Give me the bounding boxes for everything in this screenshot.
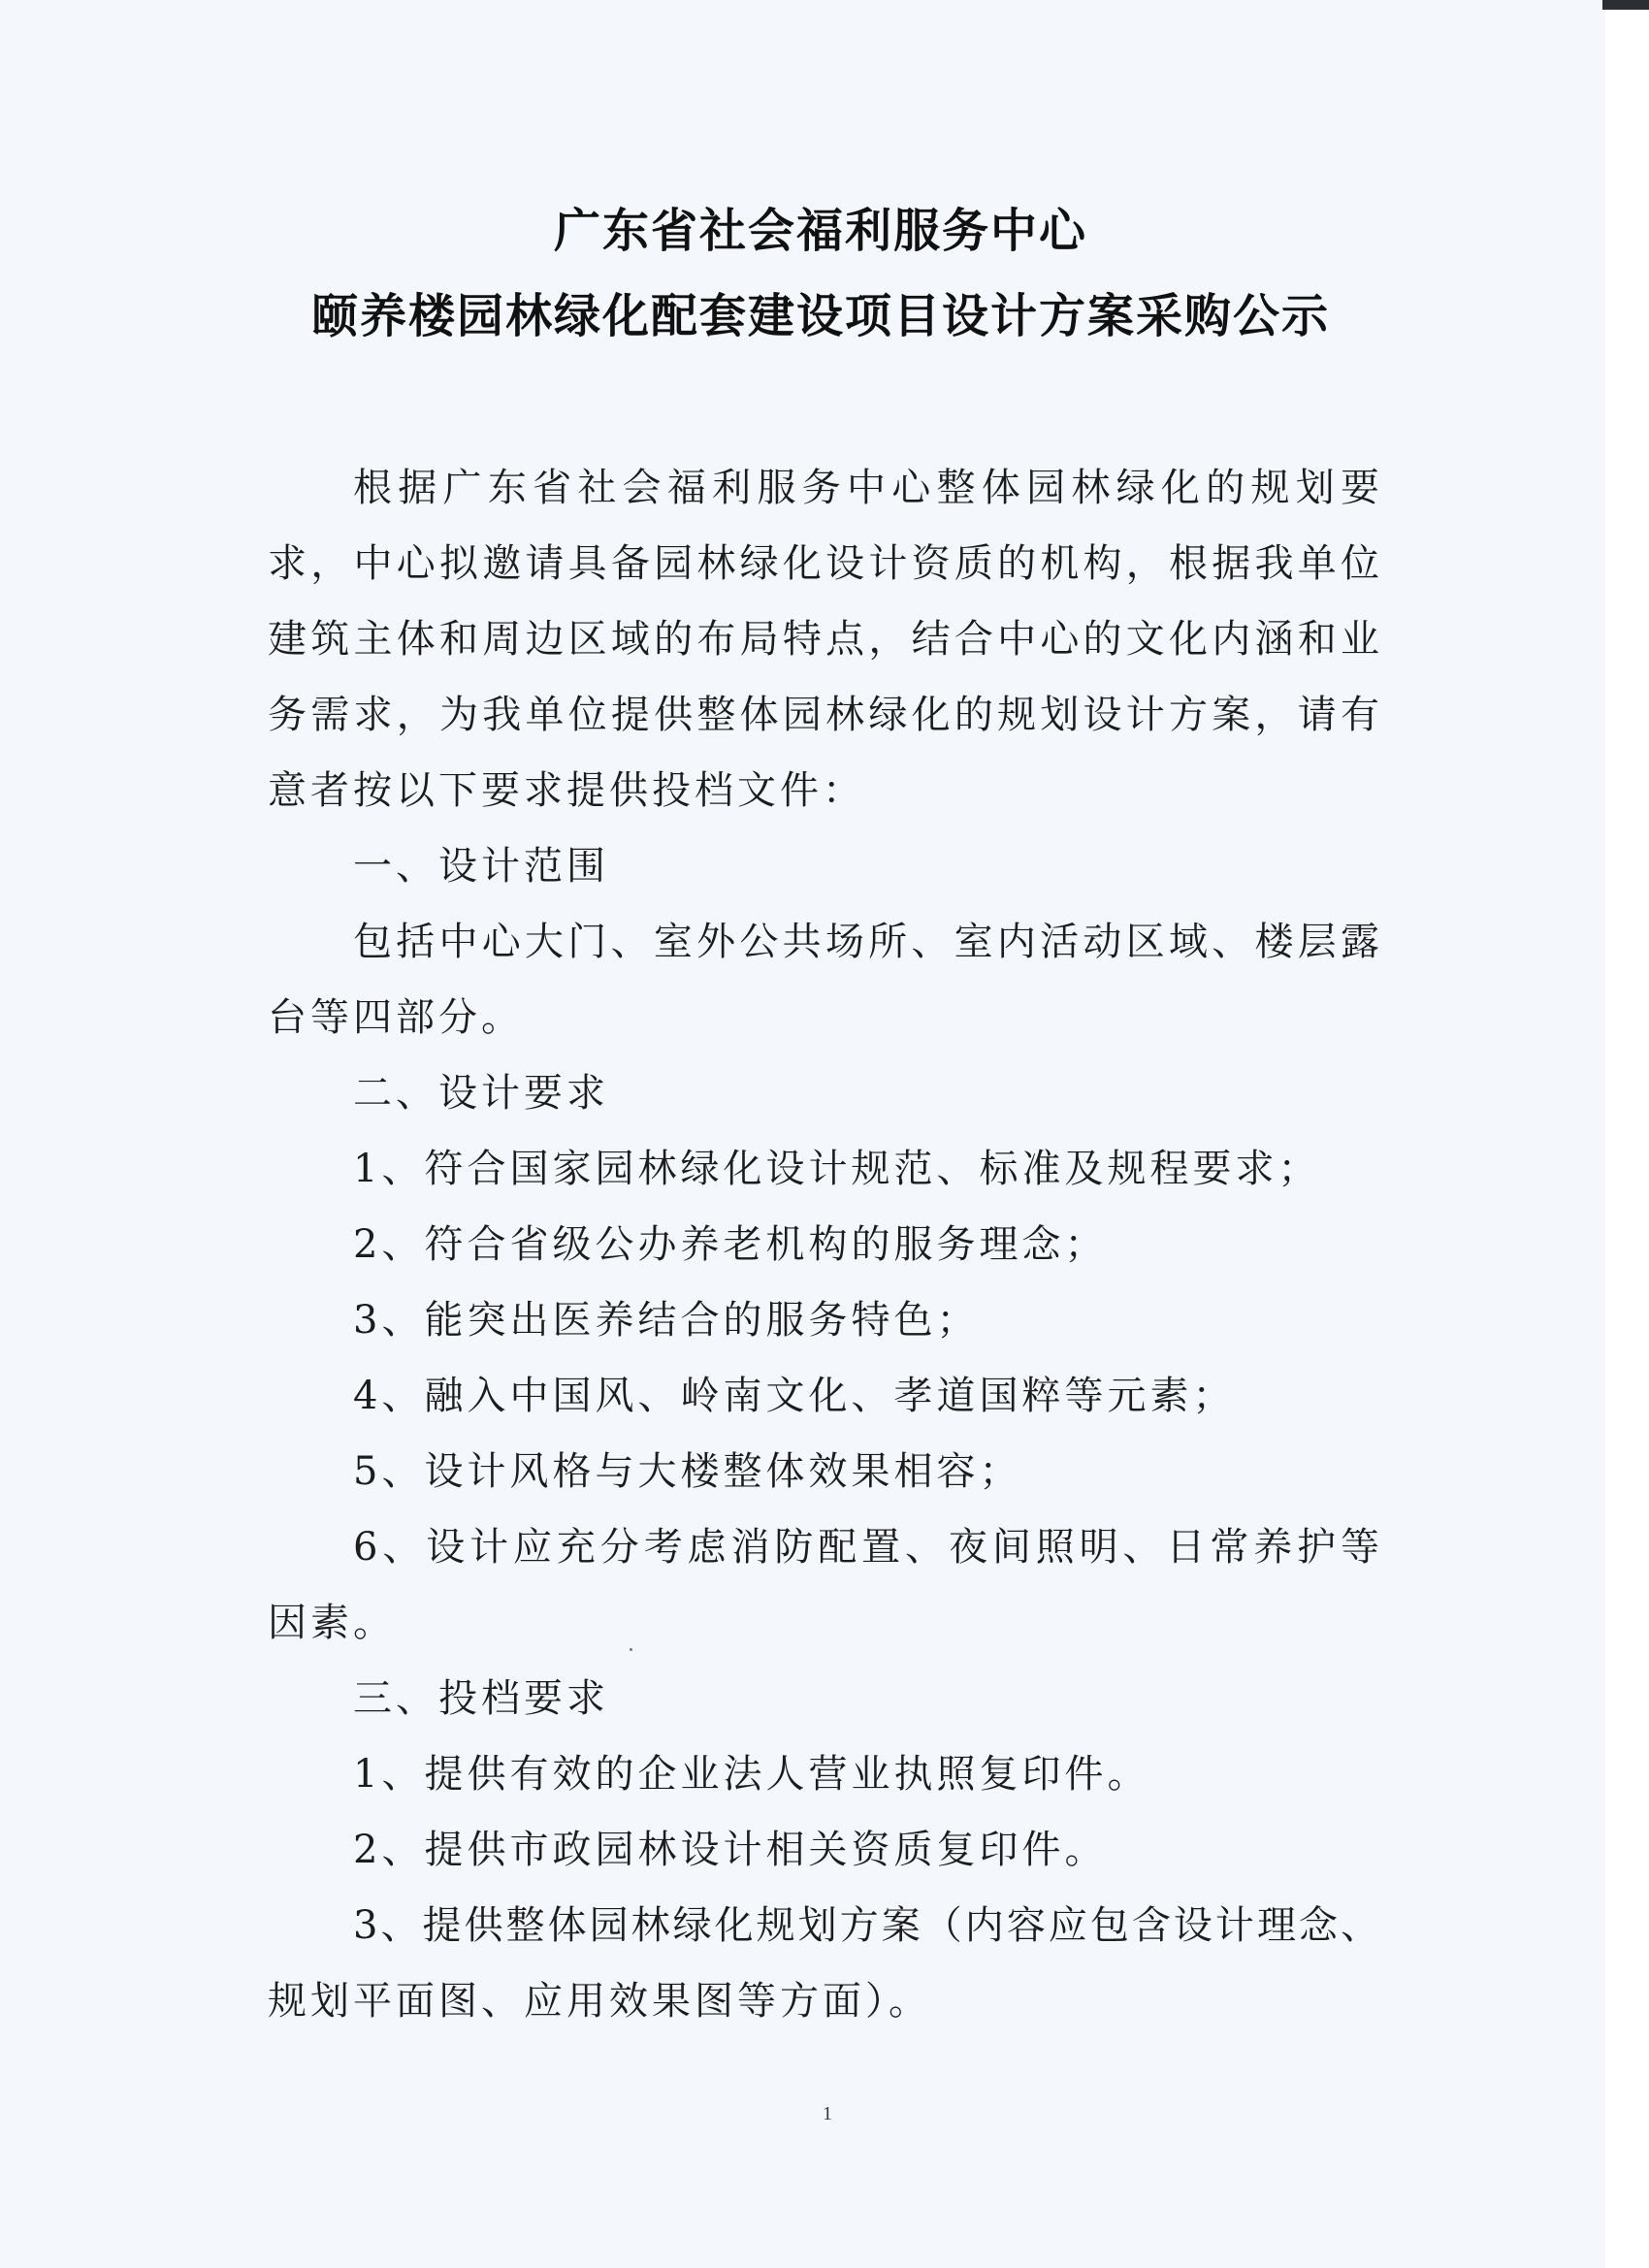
- scan-edge-bar: [1602, 0, 1649, 10]
- design-requirement-item: 3、能突出医养结合的服务特色；: [268, 1282, 1379, 1358]
- design-requirement-item: 6、设计应充分考虑消防配置、夜间照明、日常养护等: [268, 1509, 1379, 1585]
- submission-requirement-item: 1、提供有效的企业法人营业执照复印件。: [268, 1736, 1379, 1812]
- section-heading-design-requirements: 二、设计要求: [268, 1055, 1379, 1131]
- scanned-page: 广东省社会福利服务中心 颐养楼园林绿化配套建设项目设计方案采购公示 根据广东省社…: [0, 0, 1605, 2268]
- document-title-line-1: 广东省社会福利服务中心: [0, 202, 1641, 260]
- design-requirement-item: 1、符合国家园林绿化设计规范、标准及规程要求；: [268, 1131, 1379, 1207]
- scope-line: 包括中心大门、室外公共场所、室内活动区域、楼层露: [268, 904, 1379, 980]
- intro-line: 求，中心拟邀请具备园林绿化设计资质的机构，根据我单位: [268, 526, 1379, 601]
- document-title-line-2: 颐养楼园林绿化配套建设项目设计方案采购公示: [0, 287, 1641, 345]
- scan-speck: [630, 1648, 632, 1651]
- page-number: 1: [823, 2103, 832, 2125]
- intro-line: 建筑主体和周边区域的布局特点，结合中心的文化内涵和业: [268, 601, 1379, 677]
- submission-requirement-item: 2、提供市政园林设计相关资质复印件。: [268, 1812, 1379, 1888]
- design-requirement-item: 2、符合省级公办养老机构的服务理念；: [268, 1207, 1379, 1282]
- design-requirement-item: 5、设计风格与大楼整体效果相容；: [268, 1434, 1379, 1509]
- intro-line: 意者按以下要求提供投档文件：: [268, 753, 1379, 828]
- submission-requirement-item: 3、提供整体园林绿化规划方案（内容应包含设计理念、: [268, 1888, 1379, 1963]
- intro-line: 务需求，为我单位提供整体园林绿化的规划设计方案，请有: [268, 677, 1379, 753]
- design-requirement-continuation: 因素。: [268, 1585, 1379, 1661]
- section-heading-submission-requirements: 三、投档要求: [268, 1661, 1379, 1736]
- design-requirement-item: 4、融入中国风、岭南文化、孝道国粹等元素；: [268, 1358, 1379, 1434]
- section-heading-scope: 一、设计范围: [268, 828, 1379, 904]
- intro-line: 根据广东省社会福利服务中心整体园林绿化的规划要: [268, 450, 1379, 526]
- scope-line: 台等四部分。: [268, 980, 1379, 1055]
- document-body: 根据广东省社会福利服务中心整体园林绿化的规划要 求，中心拟邀请具备园林绿化设计资…: [268, 450, 1379, 2039]
- submission-requirement-continuation: 规划平面图、应用效果图等方面）。: [268, 1963, 1379, 2039]
